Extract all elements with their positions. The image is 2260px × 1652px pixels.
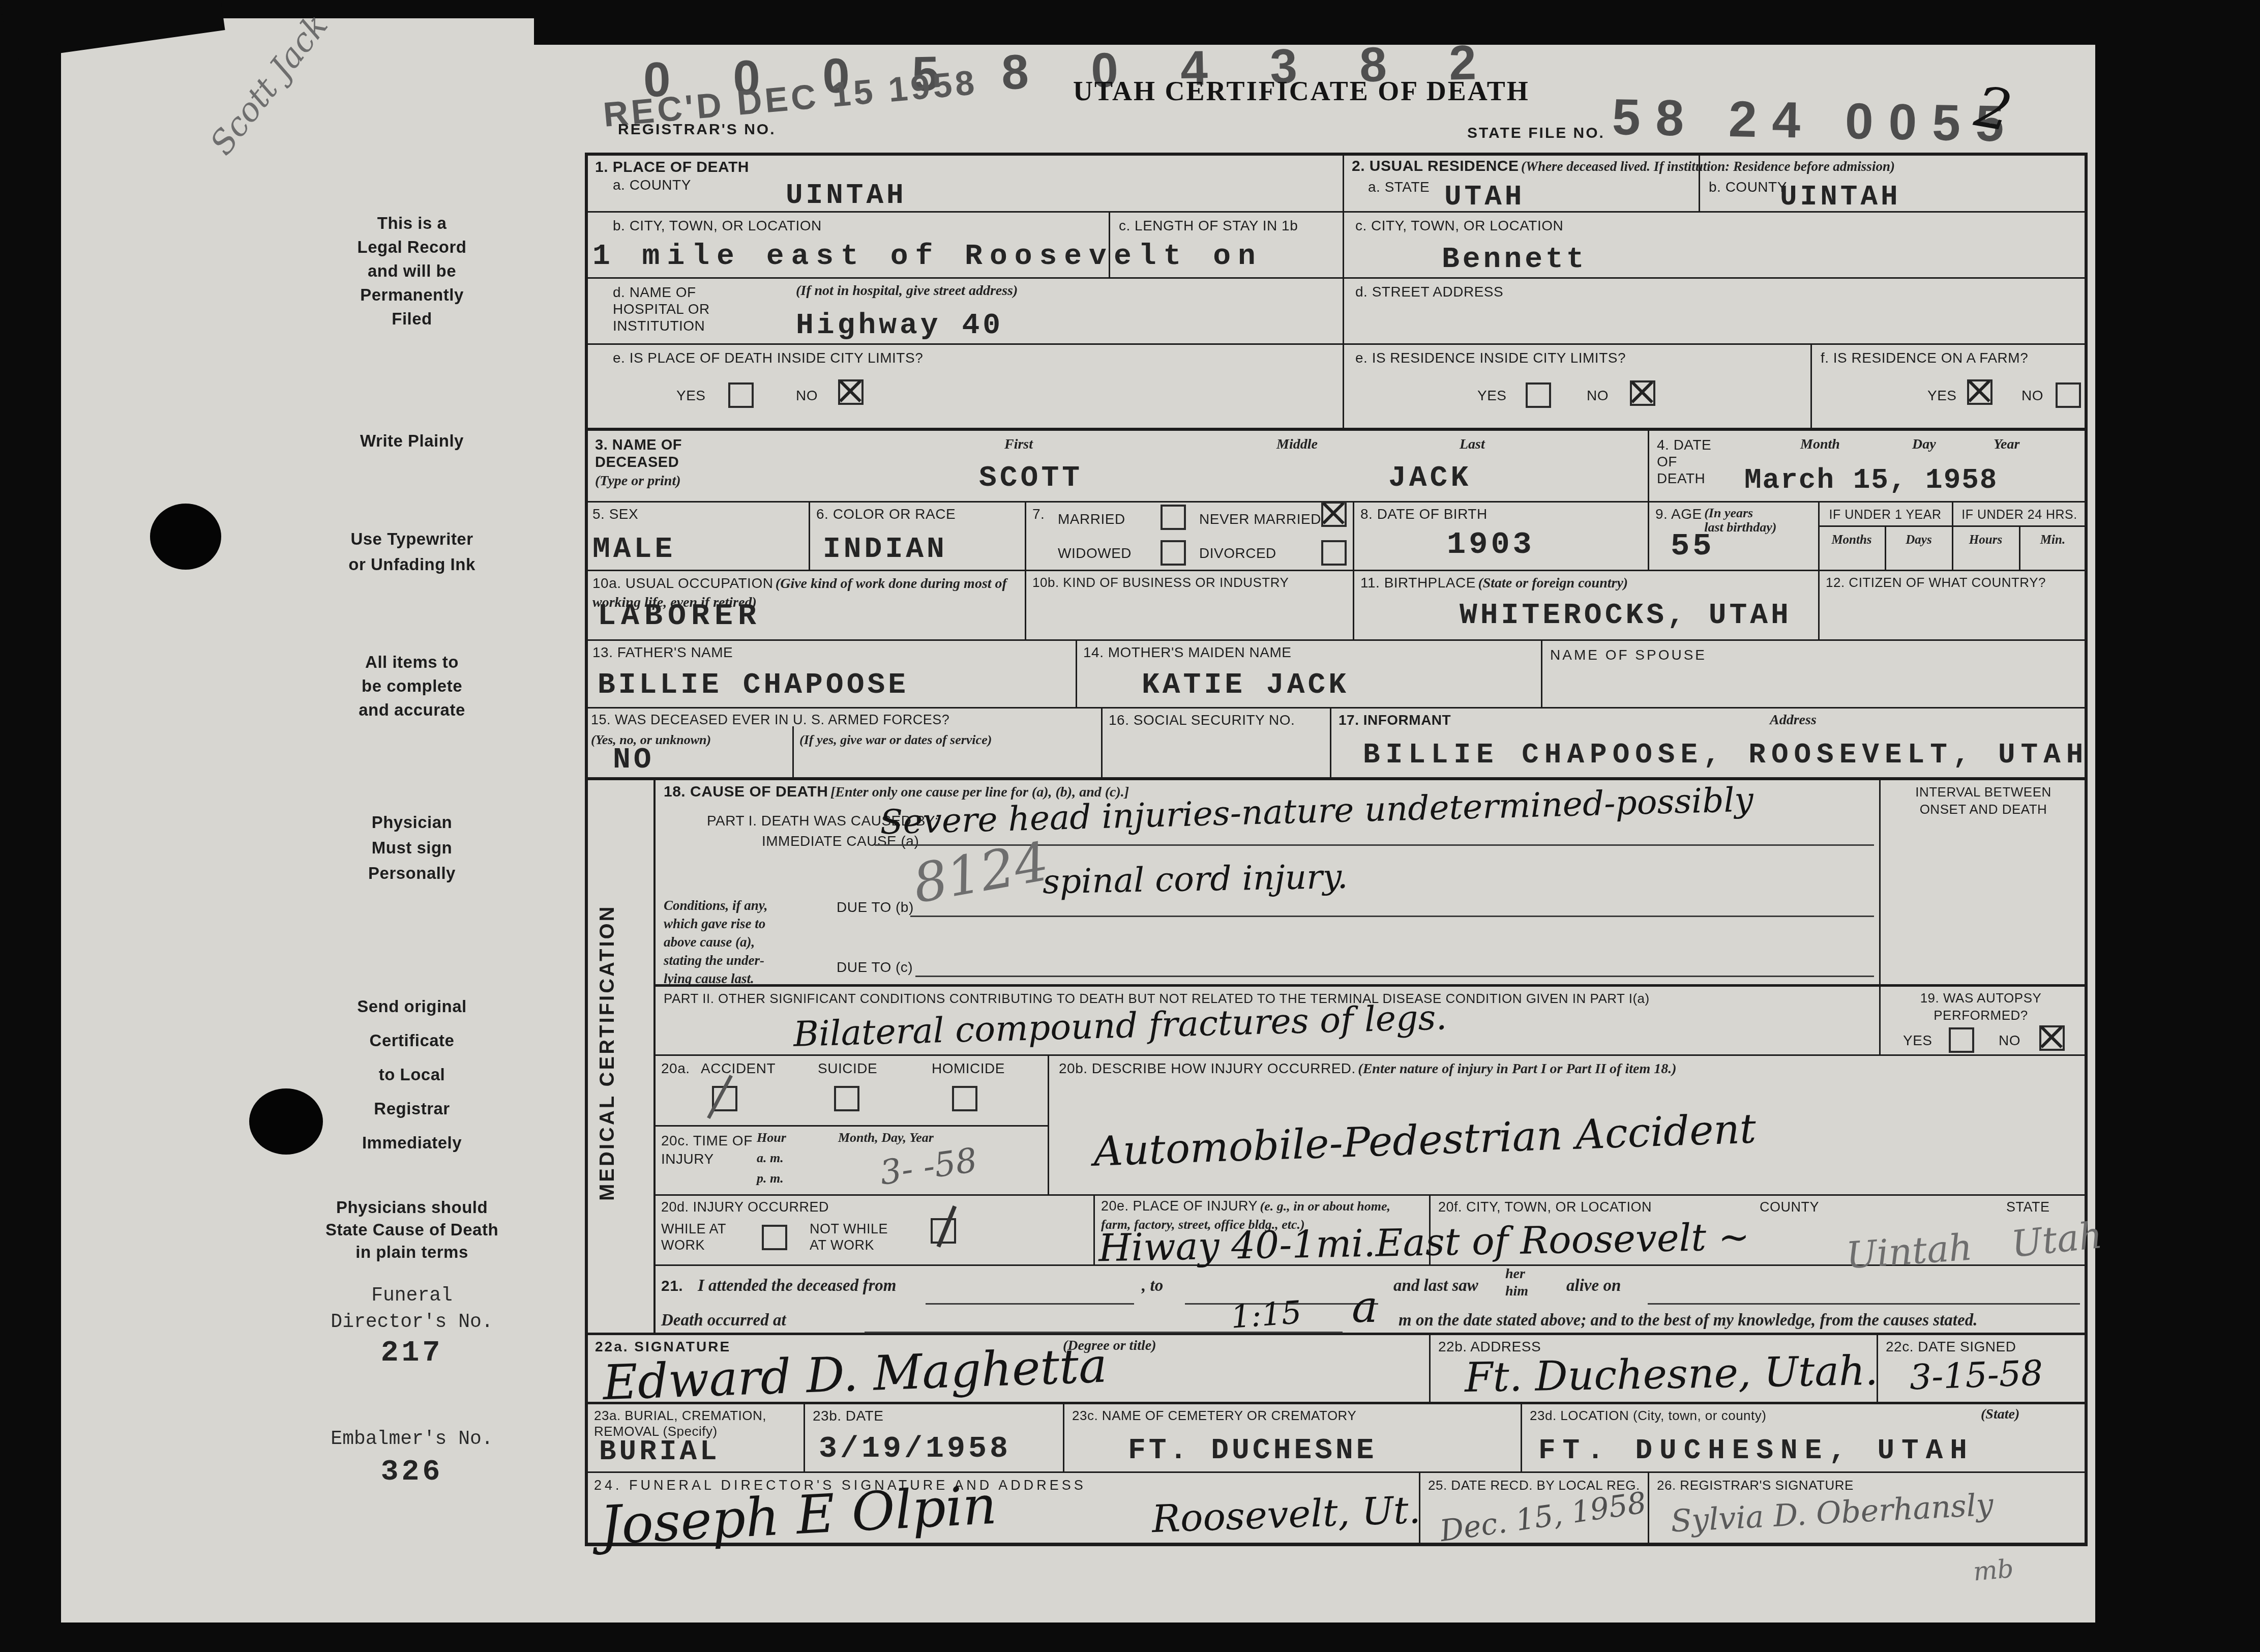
s1d-hint: (If not in hospital, give street address… (796, 283, 1018, 299)
grid (1648, 428, 1649, 570)
grid (1818, 525, 2088, 527)
s20f-label: 20f. CITY, TOWN, OR LOCATION (1438, 1199, 1652, 1215)
s1e-no-checkbox (838, 379, 864, 405)
grid (585, 777, 2088, 780)
s7-widowed-label: WIDOWED (1058, 545, 1132, 562)
s7-widowed-checkbox (1161, 540, 1186, 566)
s19-no-label: NO (1999, 1032, 2020, 1049)
s20c-mdy-label: Month, Day, Year (838, 1130, 934, 1145)
grid (2019, 525, 2020, 570)
grid (653, 984, 2088, 987)
s1e-no-label: NO (796, 388, 818, 404)
grid (653, 1194, 2088, 1196)
s2e-yes-checkbox (1526, 382, 1551, 408)
s22c-value: 3-15-58 (1909, 1353, 2044, 1398)
embalmers-no-label: Embalmer's No. (244, 1428, 580, 1450)
s21-her-him: her him (1505, 1265, 1528, 1300)
grid (1353, 501, 1354, 639)
s4-month-label: Month (1800, 436, 1840, 453)
s1b-value: 1 mile east of Roosevelt on (592, 240, 1263, 273)
s17-address-label: Address (1770, 712, 1817, 728)
s21-text4: alive on (1566, 1277, 1621, 1295)
s11-value: WHITEROCKS, UTAH (1460, 599, 1792, 632)
s21-text6: m on the date stated above; and to the b… (1399, 1311, 1977, 1330)
s19-yes-checkbox (1949, 1027, 1974, 1053)
s23b-value: 3/19/1958 (819, 1432, 1011, 1466)
s2c-label: c. CITY, TOWN, OR LOCATION (1355, 218, 1563, 234)
s20a-homicide-checkbox (952, 1086, 977, 1111)
s21-am-value: a (1352, 1282, 1378, 1333)
s2e-label: e. IS RESIDENCE INSIDE CITY LIMITS? (1355, 350, 1626, 366)
embalmers-no-value: 326 (244, 1456, 580, 1489)
s5-value: MALE (592, 533, 675, 566)
grid (653, 777, 656, 1333)
s2a-label: a. STATE (1368, 179, 1430, 195)
s20b-label-row: 20b. DESCRIBE HOW INJURY OCCURRED. (Ente… (1059, 1060, 2076, 1077)
s13-value: BILLIE CHAPOOSE (598, 669, 909, 702)
s3-hint: (Type or print) (595, 473, 681, 489)
s20a-suicide-label: SUICIDE (818, 1060, 877, 1077)
s16-label: 16. SOCIAL SECURITY NO. (1109, 712, 1295, 728)
grid (1648, 1471, 1649, 1543)
s1e-yes-label: YES (676, 388, 706, 404)
grid (585, 428, 2088, 431)
s9-under24-label: IF UNDER 24 HRS. (1953, 508, 2086, 522)
s6-label: 6. COLOR OR RACE (816, 506, 956, 522)
grid (1101, 707, 1103, 777)
s7-never-married-checkbox (1321, 501, 1347, 527)
s21-num: 21. (661, 1278, 683, 1295)
grid (1810, 343, 1812, 428)
s9-days-label: Days (1887, 533, 1951, 547)
s1d-label: d. NAME OF HOSPITAL OR INSTITUTION (613, 284, 710, 334)
s18-conditions-note: Conditions, if any, which gave rise to a… (664, 896, 768, 988)
s10b-label: 10b. KIND OF BUSINESS OR INDUSTRY (1032, 575, 1289, 591)
margin-legal-record: This is a Legal Record and will be Perma… (244, 211, 580, 331)
grid (1093, 1194, 1095, 1264)
s21-text1: I attended the deceased from (698, 1277, 896, 1295)
grid (585, 277, 2088, 279)
grid (585, 153, 2088, 156)
grid (1330, 707, 1331, 777)
s2e-yes-label: YES (1477, 388, 1507, 404)
s19-label: 19. WAS AUTOPSY PERFORMED? (1882, 989, 2080, 1024)
s11-hint: (State or foreign country) (1478, 575, 1628, 591)
s20a-num: 20a. (661, 1060, 690, 1077)
s2f-yes-label: YES (1927, 388, 1957, 404)
s9-label: 9. AGE (1655, 506, 1702, 522)
due-c-rule (915, 976, 1874, 977)
s22b-value: Ft. Duchesne, Utah. (1464, 1347, 1878, 1401)
s2e-no-checkbox (1630, 380, 1655, 406)
margin-write-plainly: Write Plainly (244, 431, 580, 451)
due-b-rule (910, 916, 1874, 917)
s1d-value: Highway 40 (796, 309, 1003, 342)
grid (585, 570, 2088, 571)
s4-day-label: Day (1912, 436, 1936, 453)
s20d-notwhile-label: NOT WHILE AT WORK (810, 1221, 888, 1253)
s18-cause-a-line2: spinal cord injury. (1042, 857, 1348, 901)
s20c-label: 20c. TIME OF INJURY (661, 1132, 753, 1168)
grid (585, 707, 2088, 709)
s1b-label: b. CITY, TOWN, OR LOCATION (613, 218, 822, 234)
s21-blank3 (1648, 1303, 2080, 1305)
s2f-no-checkbox (2056, 382, 2081, 408)
s13-label: 13. FATHER'S NAME (592, 644, 733, 661)
grid (653, 1054, 2088, 1056)
s21-text5: Death occurred at (661, 1311, 786, 1330)
s2c-value: Bennett (1442, 243, 1587, 276)
s11-label: 11. BIRTHPLACE (1360, 575, 1476, 591)
grid (653, 1125, 1049, 1127)
s18-label: 18. CAUSE OF DEATH (664, 783, 828, 800)
s9-months-label: Months (1820, 533, 1884, 547)
s7-divorced-label: DIVORCED (1199, 545, 1276, 562)
s20a-homicide-label: HOMICIDE (932, 1060, 1005, 1077)
s11-label-row: 11. BIRTHPLACE (State or foreign country… (1360, 575, 1808, 592)
state-file-stamp: 58 24 0055 (1612, 88, 2019, 154)
s19-no-checkbox (2039, 1025, 2065, 1051)
s1a-label: a. COUNTY (613, 177, 691, 193)
s2f-no-label: NO (2021, 388, 2043, 404)
s10a-value: LABORER (598, 599, 761, 634)
grid (1048, 1054, 1049, 1194)
s20d-while-checkbox (762, 1225, 787, 1250)
s3-last-value: JACK (1388, 462, 1471, 495)
registrars-no-label: REGISTRAR'S NO. (618, 121, 776, 138)
s18-due-c-label: DUE TO (c) (837, 959, 913, 976)
s20d-label: 20d. INJURY OCCURRED (661, 1199, 829, 1215)
s1c-label: c. LENGTH OF STAY IN 1b (1119, 218, 1298, 234)
s26-label: 26. REGISTRAR'S SIGNATURE (1657, 1478, 1854, 1493)
s24-address: Roosevelt, Ut. (1151, 1488, 1421, 1541)
grid (2085, 153, 2088, 1546)
s3-last-label: Last (1460, 436, 1485, 453)
s23c-label: 23c. NAME OF CEMETERY OR CREMATORY (1072, 1408, 1356, 1424)
grid (585, 639, 2088, 641)
s4-year-label: Year (1994, 436, 2019, 453)
s20f-state-label: STATE (2006, 1199, 2050, 1215)
s1-title: 1. PLACE OF DEATH (595, 159, 749, 176)
margin-plain-terms: Physicians should State Cause of Death i… (224, 1196, 600, 1263)
s9-hours-label: Hours (1953, 533, 2018, 547)
death-certificate-scan: Scott Jack 0 0 0 5 8 0 4 3 8 2 REC'D DEC… (0, 0, 2260, 1652)
s2-title-row: 2. USUAL RESIDENCE (Where deceased lived… (1352, 158, 2079, 175)
s8-value: 1903 (1447, 526, 1535, 563)
s4-value: March 15, 1958 (1744, 464, 1998, 496)
registrar-initials: mb (1972, 1554, 2015, 1587)
s20d-while-label: WHILE AT WORK (661, 1221, 726, 1253)
s20e-label: 20e. PLACE OF INJURY (1101, 1198, 1258, 1214)
medical-certification-label: MEDICAL CERTIFICATION (596, 793, 642, 1312)
s20c-hour-label: Hour (757, 1130, 786, 1145)
grid (1076, 639, 1077, 707)
s2e-no-label: NO (1587, 388, 1609, 404)
s23d-state-label: (State) (1981, 1406, 2019, 1423)
s17-value: BILLIE CHAPOOSE, ROOSEVELT, UTAH (1363, 739, 2089, 771)
s20a-suicide-checkbox (834, 1086, 859, 1111)
s3-first-value: SCOTT (979, 462, 1083, 495)
s8-label: 8. DATE OF BIRTH (1360, 506, 1488, 522)
s23a-value: BURIAL (599, 1435, 720, 1468)
s7-married-label: MARRIED (1058, 511, 1125, 527)
s7-married-checkbox (1161, 505, 1186, 530)
s23d-value: FT. DUCHESNE, UTAH (1538, 1434, 1974, 1467)
s7-divorced-checkbox (1321, 540, 1347, 566)
s2f-yes-checkbox (1967, 379, 1993, 405)
grid (1885, 525, 1886, 570)
s15-value: NO (613, 744, 655, 777)
s23b-label: 23b. DATE (813, 1408, 883, 1424)
s20c-pm-label: p. m. (757, 1171, 784, 1186)
spouse-label: NAME OF SPOUSE (1550, 647, 1707, 663)
s4-label: 4. DATE OF DEATH (1657, 436, 1711, 487)
margin-use-typewriter: Use Typewriter or Unfading Ink (244, 526, 580, 577)
s23c-value: FT. DUCHESNE (1128, 1434, 1377, 1467)
s12-label: 12. CITIZEN OF WHAT COUNTRY? (1826, 575, 2046, 591)
s15-label: 15. WAS DECEASED EVER IN U. S. ARMED FOR… (591, 712, 949, 728)
s9-min-label: Min. (2020, 533, 2085, 547)
grid (1025, 501, 1026, 639)
s18-interval-label: INTERVAL BETWEEN ONSET AND DEATH (1882, 783, 2085, 818)
s22c-label: 22c. DATE SIGNED (1886, 1339, 2016, 1355)
s21-blank1 (926, 1303, 1134, 1305)
s1e-label: e. IS PLACE OF DEATH INSIDE CITY LIMITS? (613, 350, 923, 366)
s20b-hint: (Enter nature of injury in Part I or Par… (1358, 1061, 1676, 1077)
s2-title-hint: (Where deceased lived. If institution: R… (1521, 159, 1895, 174)
grid (585, 1471, 2088, 1473)
grid (1063, 1402, 1064, 1471)
s19-yes-label: YES (1903, 1032, 1932, 1049)
s20f-county-value: Uintah (1845, 1225, 1974, 1277)
grid (585, 343, 2088, 345)
grid (1541, 639, 1542, 707)
s23d-label: 23d. LOCATION (City, town, or county) (1530, 1408, 1766, 1424)
s7-num: 7. (1032, 506, 1045, 522)
s20a-accident-checkbox (712, 1086, 737, 1111)
grid (1429, 1333, 1431, 1402)
s18-due-b-label: DUE TO (b) (837, 899, 914, 916)
s1e-yes-checkbox (728, 382, 754, 408)
s6-value: INDIAN (823, 533, 947, 566)
s21-text3: and last saw (1393, 1277, 1478, 1295)
s7-never-married-label: NEVER MARRIED (1199, 511, 1321, 527)
s3-label: 3. NAME OF DECEASED (595, 436, 682, 471)
grid (1521, 1402, 1522, 1471)
grid (585, 153, 588, 1546)
s5-label: 5. SEX (592, 506, 638, 522)
certificate-title: UTAH CERTIFICATE OF DEATH (1073, 75, 1530, 107)
s15-hint2: (If yes, give war or dates of service) (799, 732, 992, 748)
funeral-directors-no-label: Funeral Director's No. (244, 1283, 580, 1336)
s20b-label: 20b. DESCRIBE HOW INJURY OCCURRED. (1059, 1060, 1356, 1076)
s14-label: 14. MOTHER'S MAIDEN NAME (1083, 644, 1291, 661)
margin-physician-sign: Physician Must sign Personally (244, 810, 580, 886)
punch-hole-top (150, 504, 221, 570)
s17-label: 17. INFORMANT (1339, 712, 1451, 728)
s20f-county-label: COUNTY (1760, 1199, 1819, 1215)
grid (804, 1402, 805, 1471)
state-file-label: STATE FILE NO. (1467, 125, 1605, 142)
s10a-label: 10a. USUAL OCCUPATION (592, 575, 773, 591)
s9-value: 55 (1671, 528, 1714, 564)
margin-send-original: Send original Certificate to Local Regis… (244, 989, 580, 1160)
grid (1343, 153, 1344, 428)
grid (1879, 777, 1881, 1054)
s20a-accident-label: ACCIDENT (701, 1060, 776, 1077)
s14-value: KATIE JACK (1142, 669, 1349, 702)
s3-first-label: First (1004, 436, 1033, 453)
s9-under1yr-label: IF UNDER 1 YEAR (1820, 508, 1951, 522)
s2-title: 2. USUAL RESIDENCE (1352, 158, 1519, 174)
s9-label-hint: (In years last birthday) (1704, 506, 1776, 535)
s3-middle-label: Middle (1276, 436, 1318, 453)
funeral-directors-no-value: 217 (244, 1337, 580, 1370)
s20d-notwhile-checkbox (931, 1218, 956, 1244)
s2b-value: UINTAH (1780, 181, 1901, 213)
s2f-label: f. IS RESIDENCE ON A FARM? (1821, 350, 2028, 366)
s2b-label: b. COUNTY (1709, 179, 1787, 195)
s1a-value: UINTAH (786, 179, 907, 212)
s23a-label: 23a. BURIAL, CREMATION, REMOVAL (Specify… (594, 1408, 766, 1439)
s21-text2: , to (1142, 1277, 1163, 1295)
s2d-label: d. STREET ADDRESS (1355, 284, 1503, 300)
margin-all-items: All items to be complete and accurate (244, 650, 580, 722)
s21-time-value: 1:15 (1230, 1293, 1303, 1336)
grid (809, 501, 810, 570)
s20c-am-label: a. m. (757, 1150, 784, 1166)
s2a-value: UTAH (1444, 181, 1525, 213)
grid (792, 726, 794, 777)
